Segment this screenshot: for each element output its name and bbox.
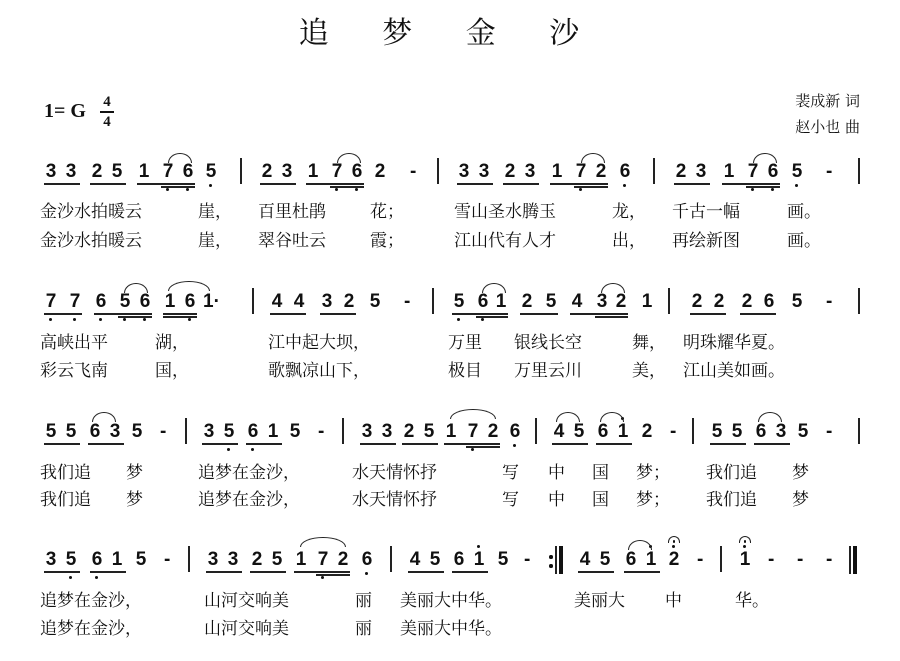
lyric: 华。 [735,586,769,611]
underline [44,313,82,315]
note: 6 [138,292,152,312]
note: 5 [270,550,284,570]
note: 6 [350,162,364,182]
note: 6 [90,550,104,570]
note: 6 [766,162,780,182]
lyricist-credit: 裴成新 词 [795,90,860,111]
underline [270,313,306,315]
barline [653,158,655,184]
note: 2 [336,550,350,570]
lyric: 我们追 [40,458,91,483]
note: 6 [508,422,522,442]
lyric: 我们追 [706,485,757,510]
lyric: 崖， [198,226,232,251]
note: 3 [280,162,294,182]
lyric: 银线长空 [514,328,582,353]
time-signature-top: 4 [100,94,114,110]
slur [168,281,210,291]
slur [168,153,192,163]
note: 2 [90,162,104,182]
note: 3 [477,162,491,182]
note: 2 [674,162,688,182]
barline [858,418,860,444]
slur [482,283,506,293]
barline [535,418,537,444]
lyric: 水天情怀抒 [352,458,437,483]
note: 6 [754,422,768,442]
note: 5 [790,292,804,312]
lyric: 龙， [612,197,646,222]
note: 5 [428,550,442,570]
lyric: 追梦在金沙， [198,485,300,510]
underline [316,574,350,576]
final-barline-thin [849,546,851,574]
underline [754,443,790,445]
repeat-dot [549,564,553,568]
time-signature: 4 4 [100,94,114,130]
barline [342,418,344,444]
note: 1 [738,550,752,570]
note: 3 [44,162,58,182]
time-signature-bottom: 4 [100,114,114,130]
lyric: 追梦在金沙， [198,458,300,483]
lyric: 国， [155,356,189,381]
underline [452,571,488,573]
note: 5 [422,422,436,442]
underline [44,571,80,573]
underline [624,571,660,573]
lyric: 明珠耀华夏。 [683,328,785,353]
note: 4 [570,292,584,312]
barline [692,418,694,444]
note: 6 [596,422,610,442]
note: 2 [342,292,356,312]
lyric: 中 [548,458,565,483]
underline [44,443,80,445]
note: 5 [496,550,510,570]
slur [758,412,782,422]
song-title: 追 梦 金 沙 [0,8,900,52]
repeat-dot [549,555,553,559]
note: 5 [790,162,804,182]
barline [720,546,722,572]
barline [252,288,254,314]
note: 3 [774,422,788,442]
underline [94,313,152,315]
note: 2 [260,162,274,182]
barline [240,158,242,184]
lyric: 再绘新图 [672,226,740,251]
lyric: 彩云飞南 [40,356,108,381]
underline [330,186,364,188]
underline [674,183,710,185]
note: 2 [614,292,628,312]
note: 2 [640,422,654,442]
note: 3 [108,422,122,442]
lyric: 写 [502,458,519,483]
note: 3 [44,550,58,570]
note: 5 [44,422,58,442]
lyric: 万里云川 [514,356,582,381]
slur [450,409,496,419]
note: 5 [64,422,78,442]
underline [260,183,296,185]
slur [753,153,777,163]
note: 1· [203,292,227,312]
underline [710,443,746,445]
note: 3 [320,292,334,312]
note: 7 [161,162,175,182]
underline [550,183,608,185]
note: 5 [572,422,586,442]
underline [570,313,628,315]
lyric: 美丽大中华。 [400,586,502,611]
barline [437,158,439,184]
lyric: 梦 [126,485,143,510]
underline [206,571,242,573]
note: 1 [294,550,308,570]
lyric: 丽 [355,586,372,611]
note: 5 [730,422,744,442]
note: 7 [746,162,760,182]
underline [552,443,588,445]
note: 2 [594,162,608,182]
lyric: 江山美如画。 [683,356,785,381]
underline [250,571,286,573]
lyric: 千古一幅 [672,197,740,222]
note: 1 [163,292,177,312]
note: 5 [288,422,302,442]
lyric: 丽 [355,614,372,639]
underline [88,443,124,445]
note: 6 [246,422,260,442]
note: 1 [722,162,736,182]
underline [294,571,350,573]
note: 1 [494,292,508,312]
underline [722,183,780,185]
lyric: 中 [665,586,682,611]
note: 3 [202,422,216,442]
note: 1 [644,550,658,570]
dash: - [404,292,410,312]
note: 1 [550,162,564,182]
note: 5 [64,550,78,570]
underline [476,316,508,318]
lyric: 追梦在金沙， [40,614,142,639]
note: 5 [544,292,558,312]
note: 6 [183,292,197,312]
lyric: 金沙水拍暖云 [40,197,142,222]
note: 5 [710,422,724,442]
lyric: 梦 [792,458,809,483]
note: 4 [552,422,566,442]
note: 7 [574,162,588,182]
note: 5 [110,162,124,182]
note: 7 [330,162,344,182]
underline [163,313,197,315]
composer-credit: 赵小也 曲 [795,116,860,137]
note: 6 [88,422,102,442]
lyric: 万里 [448,328,482,353]
note: 2 [402,422,416,442]
dash: - [670,422,676,442]
slur [300,537,346,547]
dash: - [797,550,803,570]
underline [320,313,356,315]
underline [161,186,195,188]
lyric: 山河交响美 [204,614,289,639]
lyric: 水天情怀抒 [352,485,437,510]
note: 5 [130,422,144,442]
dash: - [826,292,832,312]
note: 2 [373,162,387,182]
lyric: 花； [370,197,404,222]
note: 5 [204,162,218,182]
lyric: 画。 [787,197,821,222]
repeat-barline-thick [559,546,563,574]
lyric: 梦 [792,485,809,510]
underline [137,183,195,185]
note: 5 [368,292,382,312]
underline [402,443,438,445]
dash: - [826,162,832,182]
dash: - [826,422,832,442]
barline [188,546,190,572]
note: 2 [690,292,704,312]
note: 2 [667,550,681,570]
lyric: 极目 [448,356,482,381]
barline [390,546,392,572]
repeat-barline-thin [555,546,557,574]
note: 6 [624,550,638,570]
note: 7 [316,550,330,570]
underline [360,443,396,445]
slur [337,153,361,163]
lyric: 我们追 [40,485,91,510]
note: 5 [598,550,612,570]
underline [202,443,238,445]
lyric: 霞； [370,226,404,251]
fermata-icon [739,536,751,543]
note: 3 [457,162,471,182]
barline [858,288,860,314]
lyric: 金沙水拍暖云 [40,226,142,251]
note: 6 [181,162,195,182]
lyric: 翠谷吐云 [258,226,326,251]
note: 2 [486,422,500,442]
note: 7 [68,292,82,312]
note: 3 [380,422,394,442]
note: 6 [360,550,374,570]
lyric: 美， [632,356,666,381]
underline [44,183,80,185]
lyric: 百里杜鹃 [258,197,326,222]
fermata-icon [668,536,680,543]
note: 3 [226,550,240,570]
note: 6 [762,292,776,312]
underline [574,186,608,188]
underline [452,313,508,315]
underline [503,183,539,185]
note: 3 [523,162,537,182]
note: 5 [118,292,132,312]
lyric: 雪山圣水腾玉 [454,197,556,222]
note: 2 [250,550,264,570]
note: 5 [134,550,148,570]
note: 2 [740,292,754,312]
slur [92,412,116,422]
note: 4 [270,292,284,312]
slur [601,283,625,293]
underline [578,571,614,573]
dash: - [697,550,703,570]
barline [432,288,434,314]
underline [90,571,126,573]
underline [596,443,632,445]
slur [556,412,580,422]
underline [246,443,282,445]
lyric: 梦； [636,485,670,510]
note: 1 [444,422,458,442]
note: 7 [44,292,58,312]
dash: - [826,550,832,570]
note: 3 [595,292,609,312]
lyric: 追梦在金沙， [40,586,142,611]
note: 3 [360,422,374,442]
lyric: 写 [502,485,519,510]
lyric: 我们追 [706,458,757,483]
lyric: 歌飘凉山下， [268,356,370,381]
note: 3 [206,550,220,570]
underline [595,316,628,318]
note: 1 [137,162,151,182]
underline [306,183,364,185]
note: 6 [618,162,632,182]
underline [408,571,444,573]
note: 2 [712,292,726,312]
note: 1 [616,422,630,442]
note: 1 [110,550,124,570]
note: 2 [503,162,517,182]
note: 6 [452,550,466,570]
lyric: 高峡出平 [40,328,108,353]
time-signature-divider [100,111,114,113]
slur [581,153,605,163]
dash: - [524,550,530,570]
note: 4 [408,550,422,570]
lyric: 梦； [636,458,670,483]
lyric: 国 [592,458,609,483]
note: 5 [222,422,236,442]
barline [185,418,187,444]
note: 5 [796,422,810,442]
underline [457,183,493,185]
lyric: 梦 [126,458,143,483]
lyric: 舞， [632,328,666,353]
underline [90,183,126,185]
lyric: 江中起大坝， [268,328,370,353]
slur [124,283,148,293]
note: 6 [94,292,108,312]
slur [600,412,624,422]
lyric: 美丽大 [574,586,625,611]
note: 4 [292,292,306,312]
dash: - [768,550,774,570]
lyric: 山河交响美 [204,586,289,611]
note: 6 [476,292,490,312]
underline [466,446,500,448]
underline [520,313,558,315]
lyric: 中 [548,485,565,510]
barline [668,288,670,314]
note: 1 [266,422,280,442]
lyric: 美丽大中华。 [400,614,502,639]
note: 3 [64,162,78,182]
note: 1 [472,550,486,570]
slur [628,540,652,550]
lyric: 画。 [787,226,821,251]
lyric: 国 [592,485,609,510]
underline [746,186,780,188]
dash: - [410,162,416,182]
final-barline-thick [853,546,857,574]
underline [444,443,500,445]
note: 2 [520,292,534,312]
underline [740,313,776,315]
lyric: 出， [612,226,646,251]
note: 1 [640,292,654,312]
underline [690,313,726,315]
note: 7 [466,422,480,442]
note: 5 [452,292,466,312]
key-signature: 1= G [44,100,86,123]
note: 1 [306,162,320,182]
note: 4 [578,550,592,570]
dash: - [164,550,170,570]
barline [858,158,860,184]
lyric: 湖， [155,328,189,353]
lyric: 崖， [198,197,232,222]
dash: - [318,422,324,442]
dash: - [160,422,166,442]
note: 3 [694,162,708,182]
underline [118,316,152,318]
lyric: 江山代有人才 [454,226,556,251]
underline [163,316,197,318]
